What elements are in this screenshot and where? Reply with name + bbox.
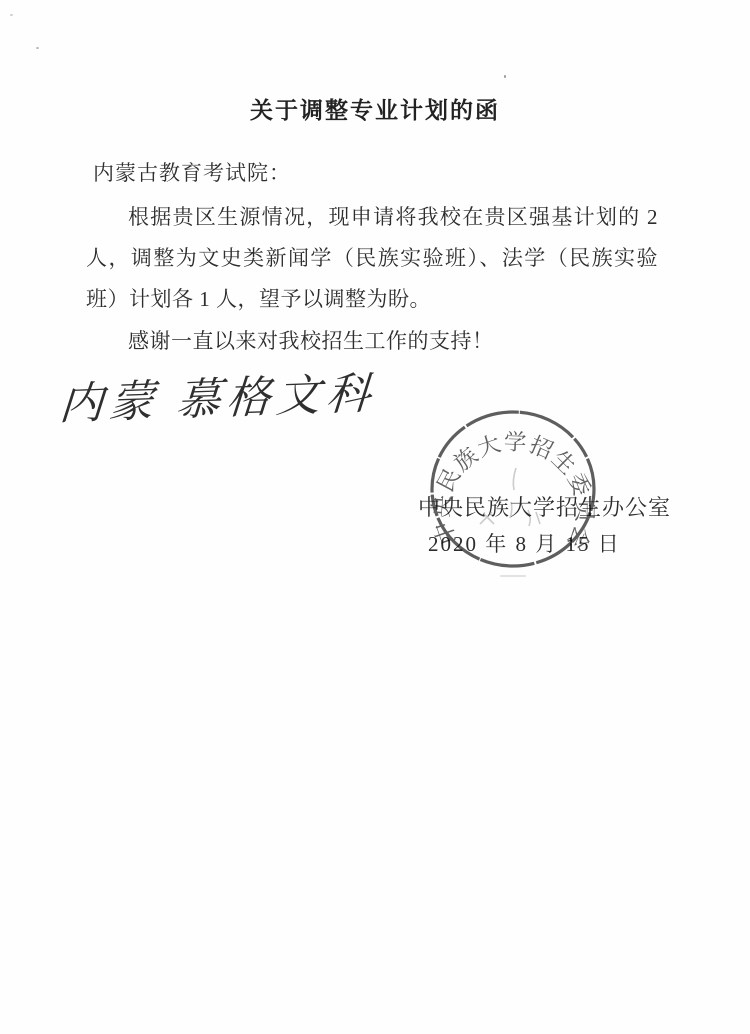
- letter-date: 2020 年 8 月 15 日: [428, 528, 621, 558]
- scan-speck: [500, 575, 526, 577]
- body-line: 班）计划各 1 人，望予以调整为盼。: [86, 283, 658, 313]
- body-line: 感谢一直以来对我校招生工作的支持！: [86, 325, 658, 355]
- letter-salutation: 内蒙古教育考试院：: [93, 157, 291, 187]
- scan-speck: [504, 75, 506, 78]
- scan-speck: [10, 14, 13, 16]
- handwritten-note: 内蒙 慕格文科: [58, 358, 362, 433]
- scan-speck: [36, 47, 39, 49]
- letter-title: 关于调整专业计划的函: [0, 92, 750, 125]
- scanned-letter-page: 关于调整专业计划的函 内蒙古教育考试院： 根据贵区生源情况，现申请将我校在贵区强…: [0, 0, 750, 1034]
- body-line: 根据贵区生源情况，现申请将我校在贵区强基计划的 2: [86, 201, 658, 231]
- body-line: 人，调整为文史类新闻学（民族实验班）、法学（民族实验: [86, 242, 658, 272]
- signature-organization: 中央民族大学招生办公室: [418, 491, 671, 522]
